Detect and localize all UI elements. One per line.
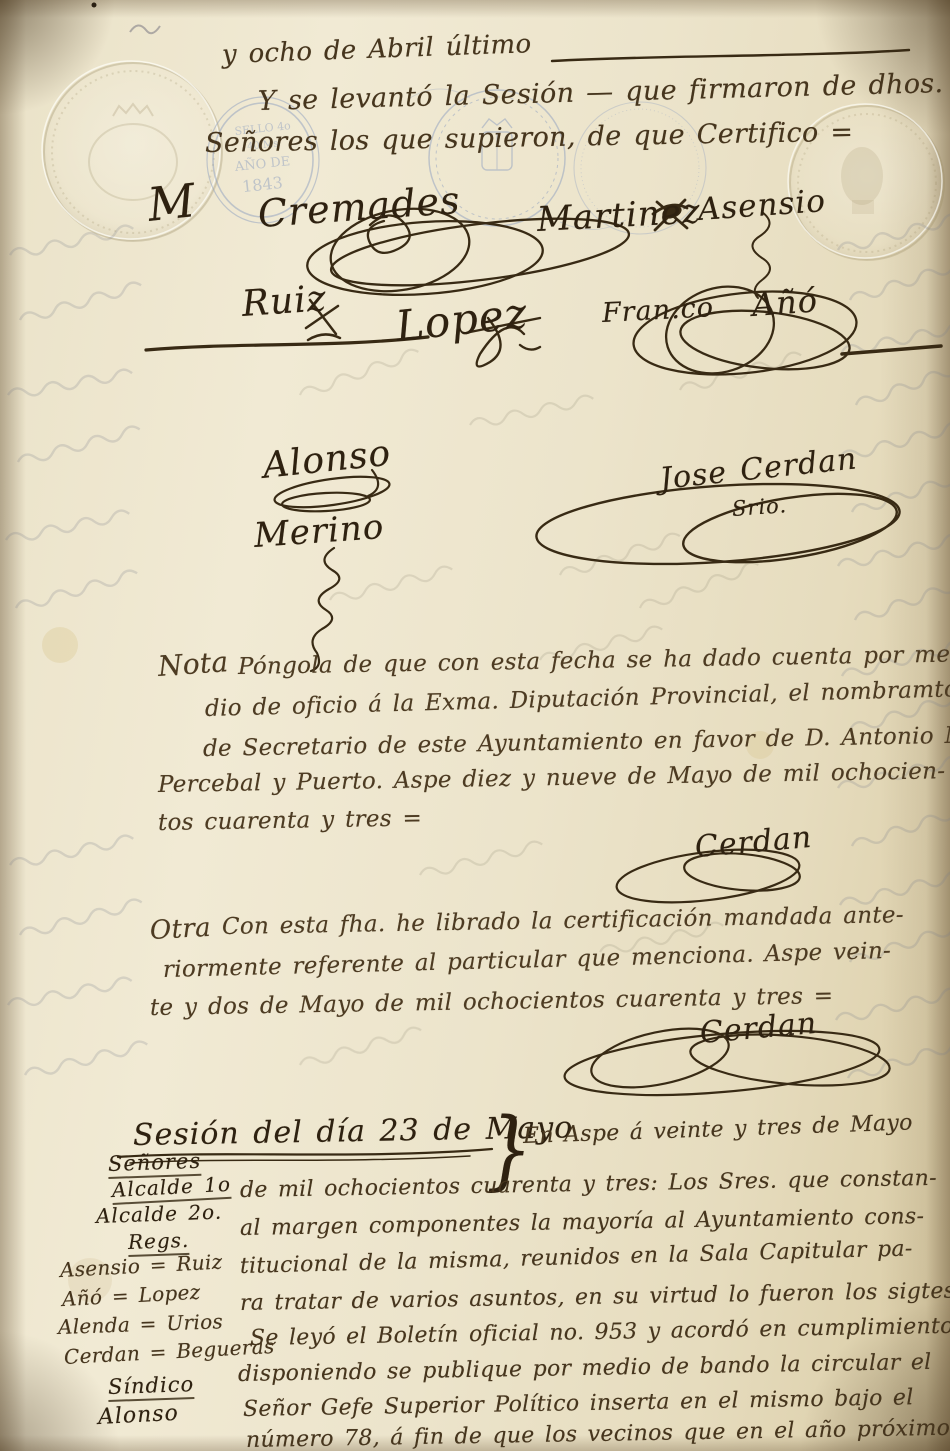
signature-franco: Fran.co <box>601 292 715 329</box>
session-line-1: En Aspe á veinte y tres de Mayo <box>523 1110 914 1149</box>
session-line-7: disponiendo se publique por medio de ban… <box>238 1350 932 1387</box>
signature-alonso: Alonso <box>261 433 393 487</box>
signature-jose-cerdan: Jose Cerdan <box>658 441 859 497</box>
top-dash-rule <box>552 50 909 61</box>
signature-merino: Merino <box>253 507 386 556</box>
margin-row-3: Alenda = Urios <box>58 1309 224 1339</box>
session-line-4: titucional de la misma, reunidos en la S… <box>240 1236 913 1279</box>
session-line-6: Se leyó el Boletín oficial no. 953 y aco… <box>250 1314 950 1351</box>
session-line-9: número 78, á fin de que los vecinos que … <box>246 1416 950 1451</box>
signature-cerdan-2: Cerdan <box>698 1006 818 1051</box>
session-line-2: de mil ochocientos cuarenta y tres: Los … <box>240 1166 937 1203</box>
opening-line-1: y ocho de Abril último <box>221 29 531 70</box>
nota-line-4: Percebal y Puerto. Aspe diez y nueve de … <box>158 758 946 798</box>
signature-cerdan-1: Cerdan <box>693 820 813 865</box>
signature-cremades: Cremades <box>256 178 461 236</box>
margin-alcalde-2: Alcalde 2o. <box>96 1200 223 1228</box>
session-line-3: al margen componentes la mayoría al Ayun… <box>240 1204 925 1241</box>
otra-line-2: riormente referente al particular que me… <box>163 938 892 983</box>
session-line-5: ra tratar de varios asuntos, en su virtu… <box>240 1278 950 1316</box>
nota-line-1: Póngola de que con esta fecha se ha dado… <box>238 641 950 680</box>
portrait-silhouette <box>841 147 883 205</box>
signature-martinez: Martinez <box>536 191 702 240</box>
opening-line-2: Y se levantó la Sesión — que firmaron de… <box>258 68 944 117</box>
signature-asensio: Asensio <box>697 183 827 228</box>
otra-label: Otra <box>149 913 211 946</box>
otra-line-1: Con esta fha. he librado la certificació… <box>222 902 904 940</box>
signature-ruiz: Ruiz <box>241 278 328 325</box>
margin-row-1: Asensio = Ruiz <box>59 1250 223 1282</box>
signature-srio: Srio. <box>731 493 788 521</box>
manuscript-page: SELLO 4o 40 Ms AÑO DE 1843 <box>0 0 950 1451</box>
signature-m: M <box>145 173 198 232</box>
opening-line-3: Señores los que supieron, de que Certifi… <box>205 117 854 159</box>
nota-line-5: tos cuarenta y tres = <box>158 805 423 836</box>
nota-line-3: de Secretario de este Ayuntamiento en fa… <box>203 722 950 762</box>
margin-sindico-name: Alonso <box>97 1401 179 1430</box>
signature-ano: Añó <box>751 281 819 324</box>
nota-line-2: dio de oficio á la Exma. Diputación Prov… <box>205 676 950 722</box>
pencil-mark <box>130 25 160 33</box>
nota-label: Nota <box>157 645 230 683</box>
session-line-8: Señor Gefe Superior Político inserta en … <box>243 1385 914 1422</box>
margin-sindico: Síndico <box>108 1372 195 1402</box>
margin-row-2: Añó = Lopez <box>61 1280 201 1311</box>
signature-lopez: Lopez <box>393 288 529 351</box>
